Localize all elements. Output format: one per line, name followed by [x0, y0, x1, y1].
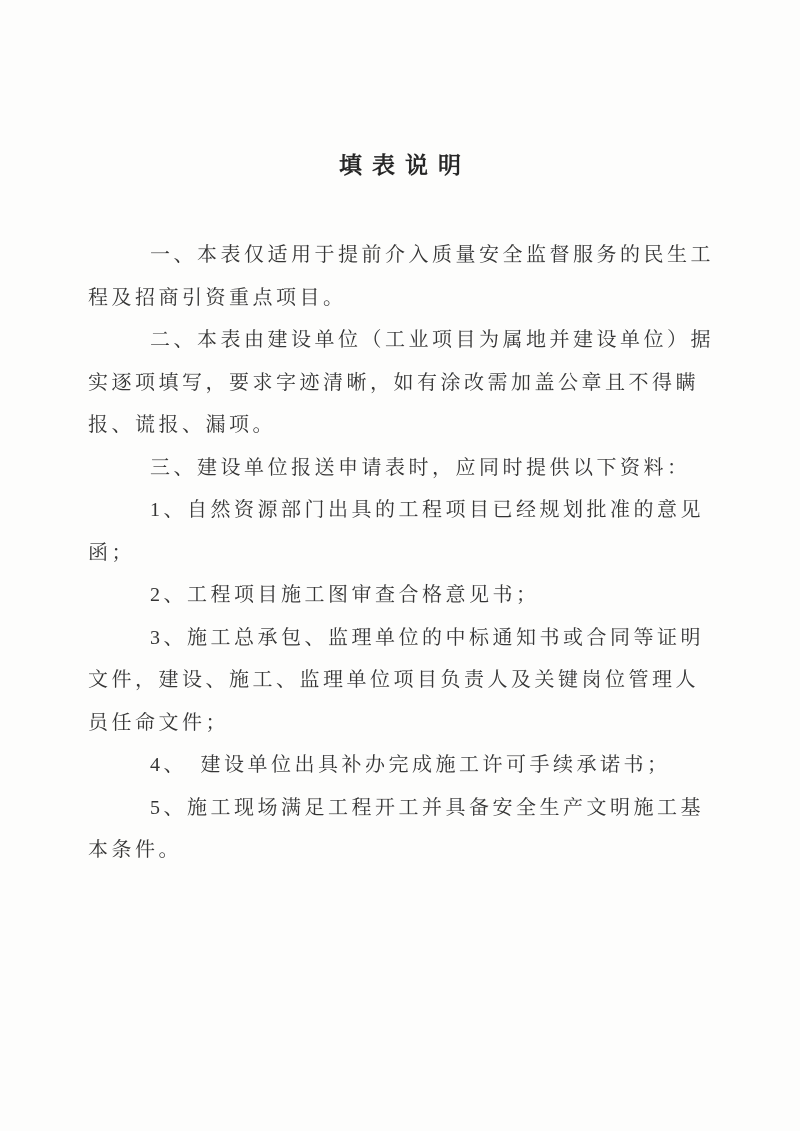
- text-line-9: 2、工程项目施工图审查合格意见书；: [88, 574, 714, 617]
- text-line-7: 1、自然资源部门出具的工程项目已经规划批准的意见: [88, 489, 714, 532]
- text-line-5: 报、谎报、漏项。: [88, 404, 714, 447]
- text-line-14: 5、施工现场满足工程开工并具备安全生产文明施工基: [88, 787, 714, 830]
- text-line-13: 4、 建设单位出具补办完成施工许可手续承诺书；: [88, 744, 714, 787]
- text-line-2: 程及招商引资重点项目。: [88, 277, 714, 320]
- text-line-11: 文件，建设、施工、监理单位项目负责人及关键岗位管理人: [88, 659, 714, 702]
- text-line-12: 员任命文件；: [88, 702, 714, 745]
- text-line-4: 实逐项填写，要求字迹清晰，如有涂改需加盖公章且不得瞒: [88, 362, 714, 405]
- text-line-3: 二、本表由建设单位（工业项目为属地并建设单位）据: [88, 319, 714, 362]
- text-line-15: 本条件。: [88, 829, 714, 872]
- text-line-1: 一、本表仅适用于提前介入质量安全监督服务的民生工: [88, 234, 714, 277]
- text-line-8: 函；: [88, 532, 714, 575]
- document-body: 一、本表仅适用于提前介入质量安全监督服务的民生工 程及招商引资重点项目。 二、本…: [88, 234, 714, 872]
- text-line-10: 3、施工总承包、监理单位的中标通知书或合同等证明: [88, 617, 714, 660]
- scanned-document-page: 填表说明 一、本表仅适用于提前介入质量安全监督服务的民生工 程及招商引资重点项目…: [0, 0, 800, 1131]
- text-line-6: 三、建设单位报送申请表时，应同时提供以下资料：: [88, 447, 714, 490]
- page-title: 填表说明: [0, 0, 800, 180]
